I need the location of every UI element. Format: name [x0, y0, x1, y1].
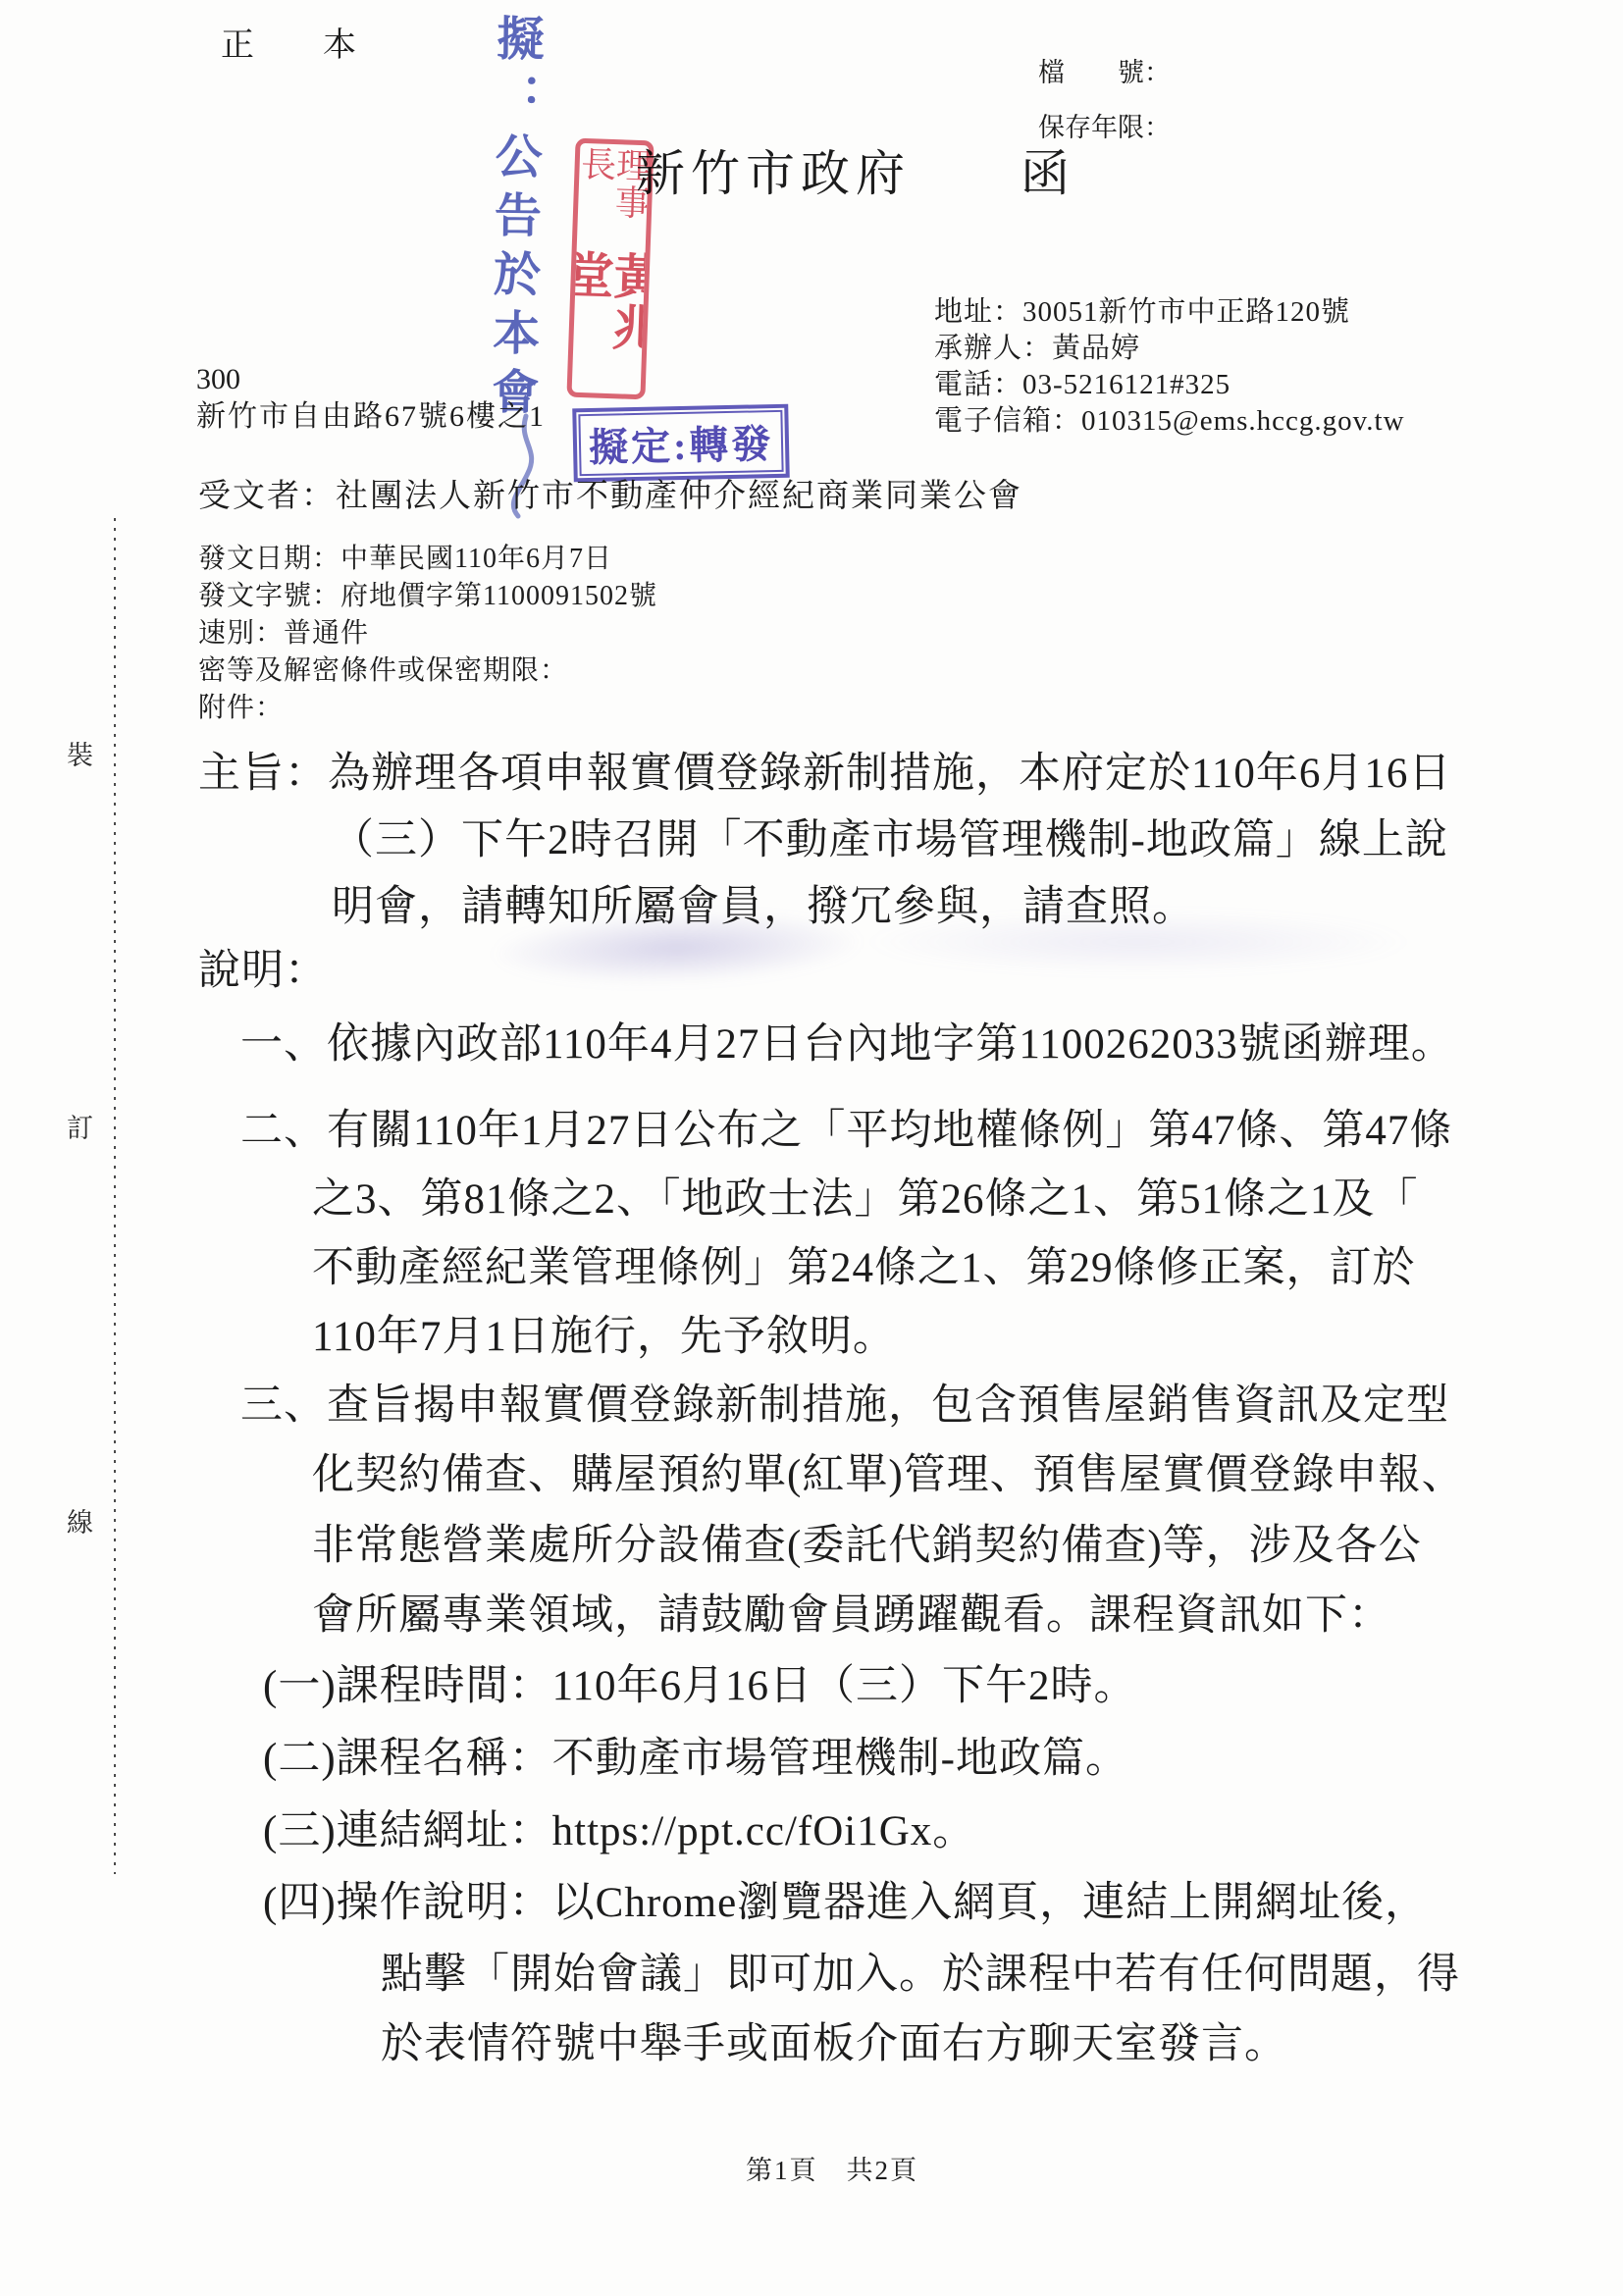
- faded-stamp-smudge: [864, 911, 1413, 973]
- explanation-line: 非常態營業處所分設備查(委託代銷契約備查)等，涉及各公: [312, 1520, 1422, 1573]
- explanation-line: (四)操作說明：以Chrome瀏覽器進入網頁，連結上開網址後，: [263, 1877, 1428, 1930]
- sender-email: 電子信箱：010315@ems.hccg.gov.tw: [934, 403, 1405, 439]
- doc-number-line: 發文字號：府地價字第1100091502號: [198, 579, 657, 613]
- explanation-line: 三、查旨揭申報實價登錄新制措施，包含預售屋銷售資訊及定型: [240, 1380, 1449, 1433]
- explanation-line: (三)連結網址：https://ppt.cc/fOi1Gx。: [263, 1805, 975, 1858]
- binding-label-zhuang: 裝: [67, 734, 93, 772]
- recipient-street: 新竹市自由路67號6樓之1: [196, 398, 546, 436]
- explanation-line: 會所屬專業領域，請鼓勵會員踴躍觀看。課程資訊如下：: [312, 1590, 1391, 1643]
- explanation-line: (二)課程名稱：不動產市場管理機制-地政篇。: [263, 1733, 1128, 1786]
- explanation-line: (一)課程時間：110年6月16日（三）下午2時。: [263, 1660, 1137, 1713]
- file-number-label: 檔 號：: [1038, 57, 1171, 90]
- binding-label-xian: 線: [67, 1501, 93, 1539]
- explanation-line: 之3、第81條之2、「地政士法」第26條之1、第51條之1及「: [312, 1174, 1419, 1226]
- document-title: 新竹市政府 函: [636, 143, 1075, 205]
- director-seal-name: 黃兆堂: [566, 249, 654, 395]
- explanation-line: 化契約備查、購屋預約單(紅單)管理、預售屋實價登錄申報、: [312, 1449, 1465, 1502]
- subject-line: （三）下午2時召開「不動產市場管理機制-地政篇」線上說: [332, 814, 1448, 867]
- page-number-footer: 第1頁 共2頁: [746, 2155, 918, 2188]
- explanation-line: 一、依據內政部110年4月27日台內地字第1100262033號函辦理。: [240, 1018, 1454, 1071]
- attachment-line: 附件：: [198, 691, 284, 725]
- sender-phone: 電話：03-5216121#325: [934, 367, 1230, 402]
- binding-dotted-line: [114, 518, 116, 1874]
- recipient-line: 受文者：社團法人新竹市不動產仲介經紀商業同業公會: [198, 477, 1022, 517]
- subject-line: 主旨：為辦理各項申報實價登錄新制措施，本府定於110年6月16日: [198, 748, 1451, 801]
- recipient-zip: 300: [196, 361, 240, 398]
- sender-address: 地址：30051新竹市中正路120號: [934, 294, 1350, 330]
- security-class-line: 密等及解密條件或保密期限：: [198, 653, 568, 688]
- explanation-line: 於表情符號中舉手或面板介面右方聊天室發言。: [381, 2018, 1287, 2071]
- speed-class-line: 速別：普通件: [198, 616, 369, 651]
- explanation-line: 110年7月1日施行，先予敘明。: [312, 1311, 896, 1364]
- explanation-heading: 說明：: [198, 945, 328, 998]
- explanation-line: 不動產經紀業管理條例」第24條之1、第29條修正案，訂於: [312, 1242, 1416, 1295]
- director-seal-title: 理事長: [576, 145, 651, 252]
- approval-stamp: 擬定:轉發: [572, 404, 790, 483]
- issue-date-line: 發文日期：中華民國110年6月7日: [198, 542, 612, 576]
- binding-label-ding: 訂: [67, 1107, 93, 1145]
- explanation-line: 點擊「開始會議」即可加入。於課程中若有任何問題，得: [381, 1949, 1460, 2002]
- approval-stamp-text: 擬定:轉發: [578, 410, 784, 476]
- explanation-line: 二、有關110年1月27日公布之「平均地權條例」第47條、第47條: [240, 1105, 1452, 1158]
- retention-period-label: 保存年限：: [1038, 112, 1171, 145]
- sender-contact-person: 承辦人：黃品婷: [934, 331, 1140, 366]
- copy-type-label: 正 本: [221, 26, 374, 68]
- scanned-letter-page: 正 本 檔 號： 保存年限： 新竹市政府 函 擬：公告於本會 理事長 黃兆堂 擬…: [0, 0, 1623, 2296]
- director-seal-stamp: 理事長 黃兆堂: [566, 138, 654, 400]
